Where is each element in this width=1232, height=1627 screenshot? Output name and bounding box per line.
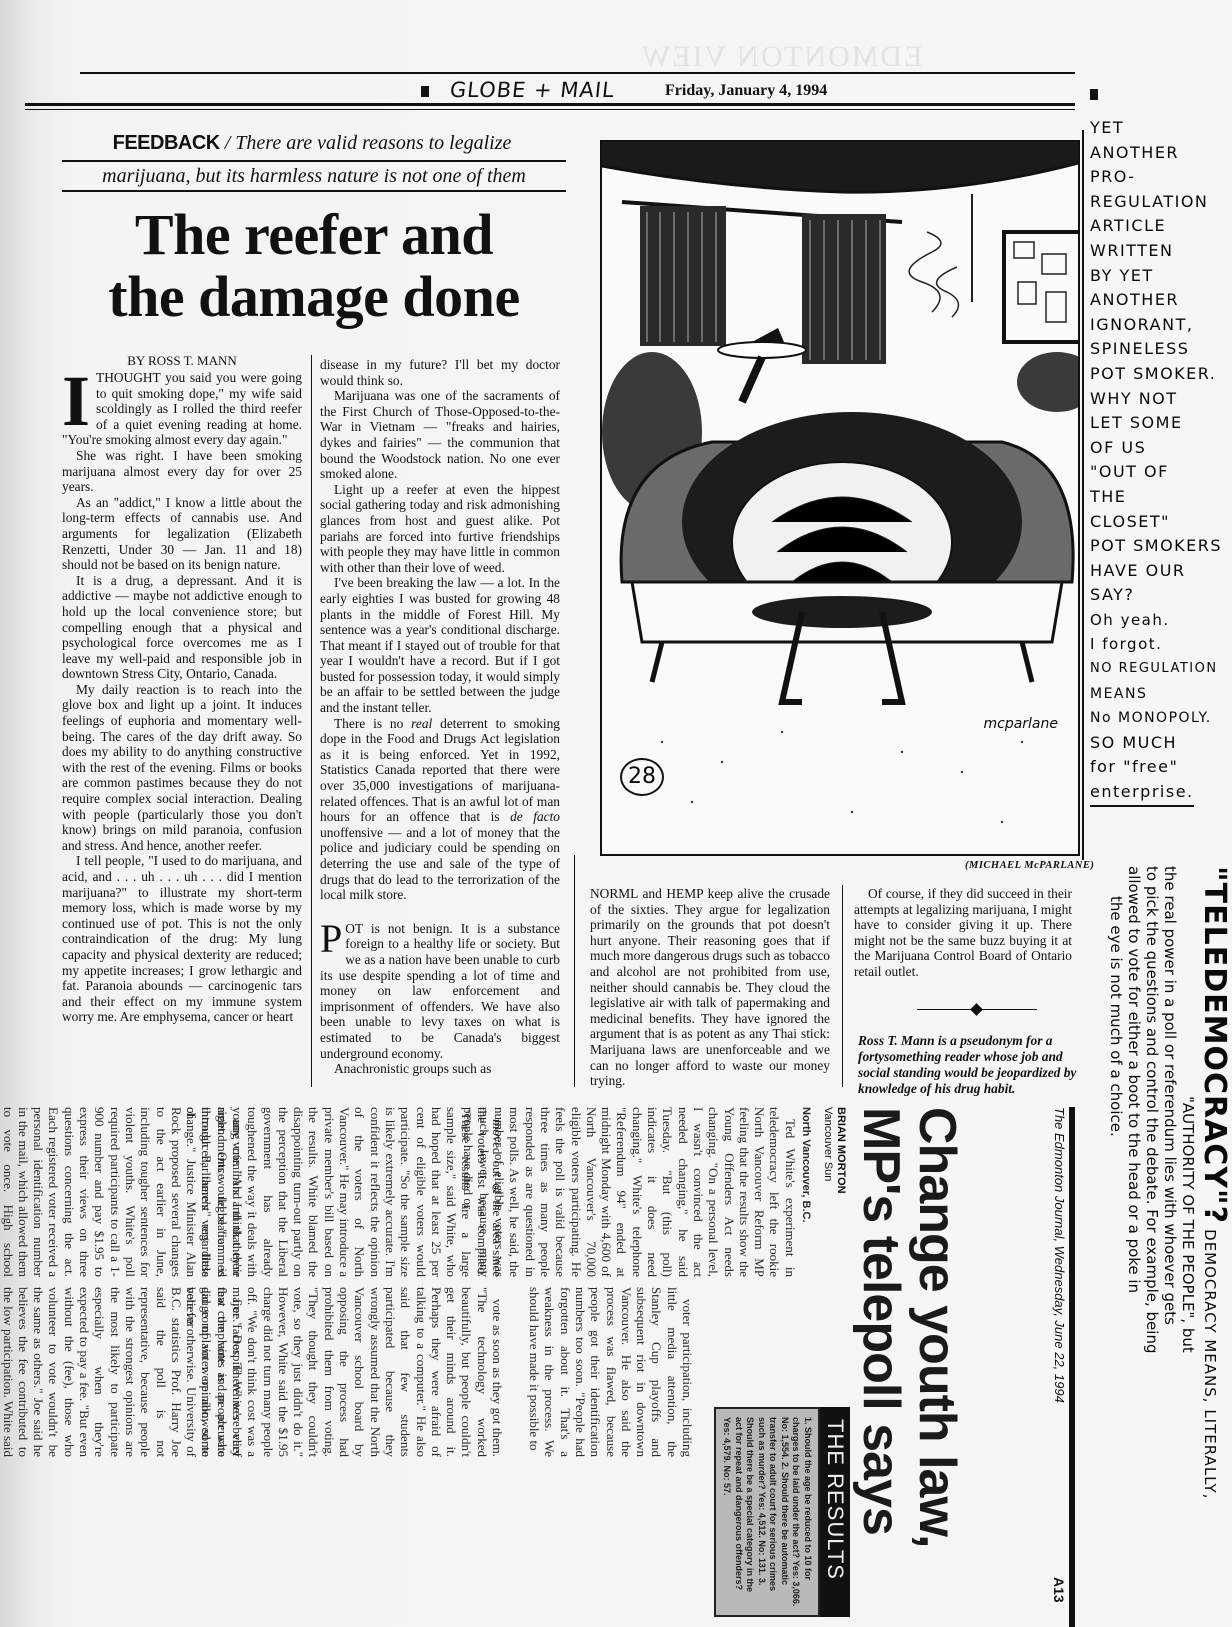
clipping-paragraph: free." Despite White's belief that the v… bbox=[0, 1287, 245, 1457]
clipping-page-number: A13 bbox=[1051, 1577, 1067, 1603]
cartoon-signature: mcparlane bbox=[983, 716, 1058, 732]
edmonton-journal-clipping: The Edmonton Journal, Wednesday, June 22… bbox=[55, 1107, 1075, 1627]
kicker-line-1: FEEDBACK / There are valid reasons to le… bbox=[92, 132, 532, 155]
article-paragraph: Anachronistic groups such as bbox=[320, 1061, 560, 1077]
cartoon-illustration: mcparlane 28 bbox=[600, 140, 1080, 856]
article-paragraph: disease in my future? I'll bet my doctor… bbox=[320, 357, 560, 388]
article-paragraph: Light up a reefer at even the hippest so… bbox=[320, 482, 560, 576]
drop-cap: I bbox=[62, 372, 90, 430]
clipping-byline-paper: Vancouver Sun bbox=[821, 1107, 834, 1194]
handwritten-source-label: GLOBE + MAIL bbox=[449, 78, 616, 102]
article-paragraph: I've been breaking the law — a lot. In t… bbox=[320, 575, 560, 715]
clipping-paragraph: Ted White's experiment in teledemocracy … bbox=[461, 1107, 798, 1277]
column-divider-1 bbox=[311, 355, 312, 1087]
newspaper-page: EDMONTON VIEW GLOBE + MAIL Friday, Janua… bbox=[0, 0, 1232, 1627]
article-paragraph: Of course, if they did succeed in their … bbox=[854, 886, 1072, 980]
article-paragraph: I tell people, "I used to do marijuana, … bbox=[62, 853, 302, 1025]
kicker-text-1: There are valid reasons to legalize bbox=[235, 132, 511, 154]
masthead-bullet-left bbox=[421, 86, 429, 97]
clipping-byline-name: BRIAN MORTON bbox=[834, 1107, 847, 1194]
headline-line-2: the damage done bbox=[62, 266, 566, 328]
margin-note-divider bbox=[1082, 130, 1084, 860]
results-label: THE RESULTS bbox=[820, 1407, 850, 1617]
teledemocracy-title: "TELEDEMOCRACY"? bbox=[1197, 866, 1232, 1224]
clipping-headline: Change youth law, MP's telepoll says bbox=[853, 1107, 965, 1627]
column-divider-2 bbox=[574, 855, 575, 1087]
masthead-bullet-right bbox=[1090, 89, 1098, 100]
header-bottom-rule-thick bbox=[25, 103, 1075, 106]
article-paragraph: She was right. I have been smoking marij… bbox=[62, 448, 302, 495]
article-column-2: disease in my future? I'll bet my doctor… bbox=[320, 357, 560, 1087]
article-column-1: ITHOUGHT you said you were going to quit… bbox=[62, 370, 302, 1080]
handwritten-margin-note: YET ANOTHER PRO- REGULATION ARTICLE WRIT… bbox=[1090, 116, 1230, 807]
clipping-source: The Edmonton Journal, Wednesday, June 22… bbox=[1052, 1107, 1067, 1403]
kicker-rule-1 bbox=[62, 160, 566, 162]
clipping-dateline: North Vancouver, B.C. bbox=[798, 1107, 813, 1277]
headline-line-1: The reefer and bbox=[62, 204, 566, 266]
article-paragraph: NORML and HEMP keep alive the crusade of… bbox=[590, 886, 830, 1089]
article-paragraph: Marijuana was one of the sacraments of t… bbox=[320, 388, 560, 482]
headline: The reefer and the damage done bbox=[62, 204, 566, 328]
kicker-line-2: marijuana, but its harmless nature is no… bbox=[62, 165, 566, 188]
article-paragraph: As an "addict," I know a little about th… bbox=[62, 495, 302, 573]
article-paragraph: It is a drug, a depressant. And it is ad… bbox=[62, 573, 302, 682]
article-paragraph: ITHOUGHT you said you were going to quit… bbox=[62, 370, 302, 448]
article-column-3: NORML and HEMP keep alive the crusade of… bbox=[590, 886, 830, 1089]
cartoon-drawing bbox=[602, 142, 1080, 856]
header-bottom-rule-thin bbox=[25, 109, 1075, 110]
article-column-4: Of course, if they did succeed in their … bbox=[854, 886, 1072, 980]
ornament-diamond bbox=[970, 1003, 983, 1016]
handwritten-circled-number: 28 bbox=[620, 758, 664, 796]
byline: BY ROSS T. MANN bbox=[62, 353, 302, 369]
dateline: Friday, January 4, 1994 bbox=[665, 82, 827, 100]
article-paragraph: There is no real deterrent to smoking do… bbox=[320, 716, 560, 903]
article-paragraph: POT is not benign. It is a substance for… bbox=[320, 921, 560, 1061]
kicker-separator: / bbox=[225, 132, 231, 154]
column-divider-3 bbox=[842, 885, 843, 1087]
article-paragraph: My daily reaction is to reach into the g… bbox=[62, 682, 302, 854]
header-top-rule bbox=[80, 72, 1075, 74]
section-label: FEEDBACK bbox=[113, 132, 220, 154]
clipping-paragraph: any vote. "And I think they're right. On… bbox=[0, 1107, 245, 1277]
kicker-rule-2 bbox=[62, 190, 566, 192]
bleed-through-text: EDMONTON VIEW bbox=[640, 40, 922, 74]
drop-cap: P bbox=[320, 923, 342, 955]
clipping-paragraph: voter participation, including little me… bbox=[527, 1287, 695, 1457]
results-box: 1. Should the age be reduced to 10 for c… bbox=[714, 1407, 820, 1617]
